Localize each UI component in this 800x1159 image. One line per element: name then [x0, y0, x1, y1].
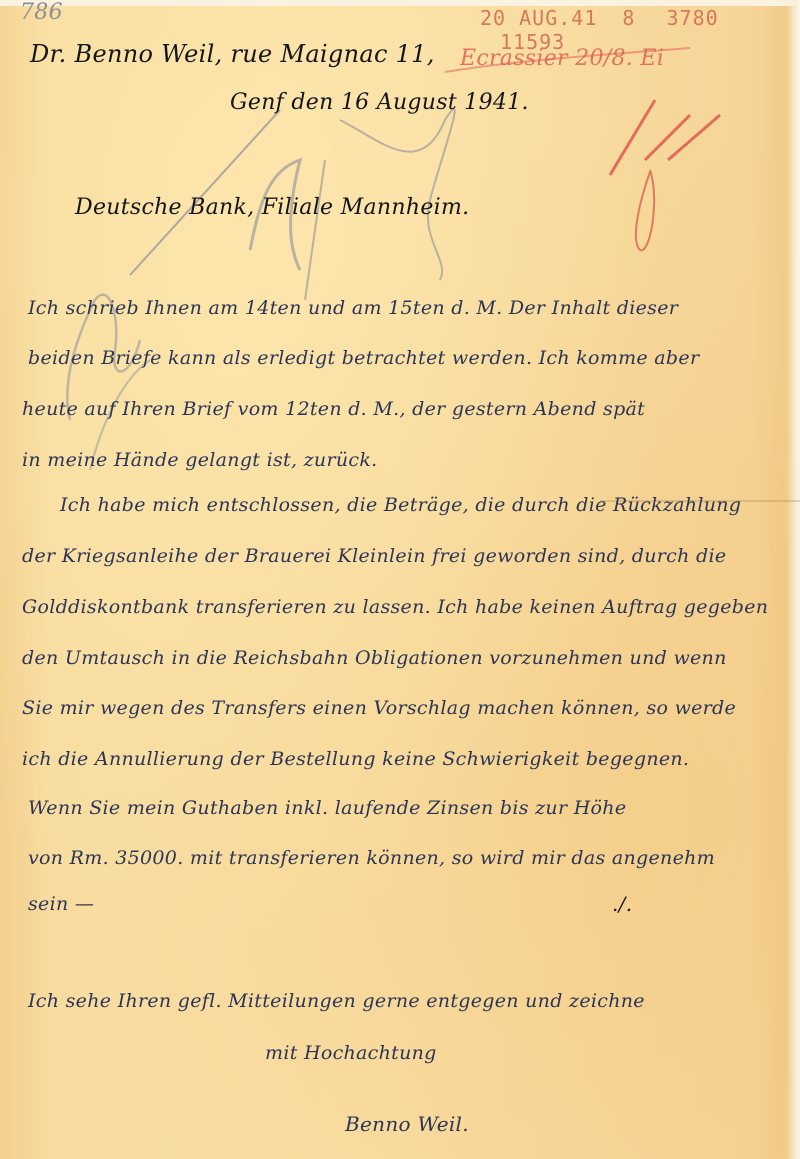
body-line: beiden Briefe kann als erledigt betracht…	[28, 347, 699, 369]
body-line: Golddiskontbank transferieren zu lassen.…	[22, 596, 768, 618]
stamp-code-2: 3780	[667, 6, 719, 30]
recipient-line: Deutsche Bank, Filiale Mannheim.	[75, 195, 469, 220]
body-line: Ich habe mich entschlossen, die Beträge,…	[60, 494, 741, 516]
archive-number: 786	[20, 0, 63, 25]
body-line: sein —	[28, 893, 94, 915]
body-line: in meine Hände gelangt ist, zurück.	[22, 449, 377, 471]
red-annotation: Ecrassier 20/8. Ei	[460, 46, 664, 71]
body-line: Sie mir wegen des Transfers einen Vorsch…	[22, 697, 736, 719]
sender-address: Dr. Benno Weil, rue Maignac 11,	[30, 40, 435, 68]
signature: Benno Weil.	[345, 1112, 469, 1136]
body-line: von Rm. 35000. mit transferieren können,…	[28, 847, 715, 869]
body-line: ich die Annullierung der Bestellung kein…	[22, 748, 689, 770]
body-line: der Kriegsanleihe der Brauerei Kleinlein…	[22, 545, 726, 567]
place-and-date: Genf den 16 August 1941.	[230, 90, 529, 115]
closing-line: Ich sehe Ihren gefl. Mitteilungen gerne …	[28, 990, 645, 1012]
body-line: Wenn Sie mein Guthaben inkl. laufende Zi…	[28, 797, 626, 819]
annotation-strokes	[0, 0, 800, 1159]
body-line: Ich schrieb Ihnen am 14ten und am 15ten …	[28, 297, 678, 319]
stamp-code-1: 8	[622, 6, 635, 30]
stamp-date: 20 AUG.41	[480, 6, 597, 30]
body-line: den Umtausch in die Reichsbahn Obligatio…	[22, 647, 727, 669]
separator-mark: ./.	[612, 892, 632, 916]
salutation: mit Hochachtung	[265, 1042, 437, 1064]
body-line: heute auf Ihren Brief vom 12ten d. M., d…	[22, 398, 645, 420]
letter-page: 786 20 AUG.41 8 3780 11593 Ecrassier 20/…	[0, 0, 800, 1159]
